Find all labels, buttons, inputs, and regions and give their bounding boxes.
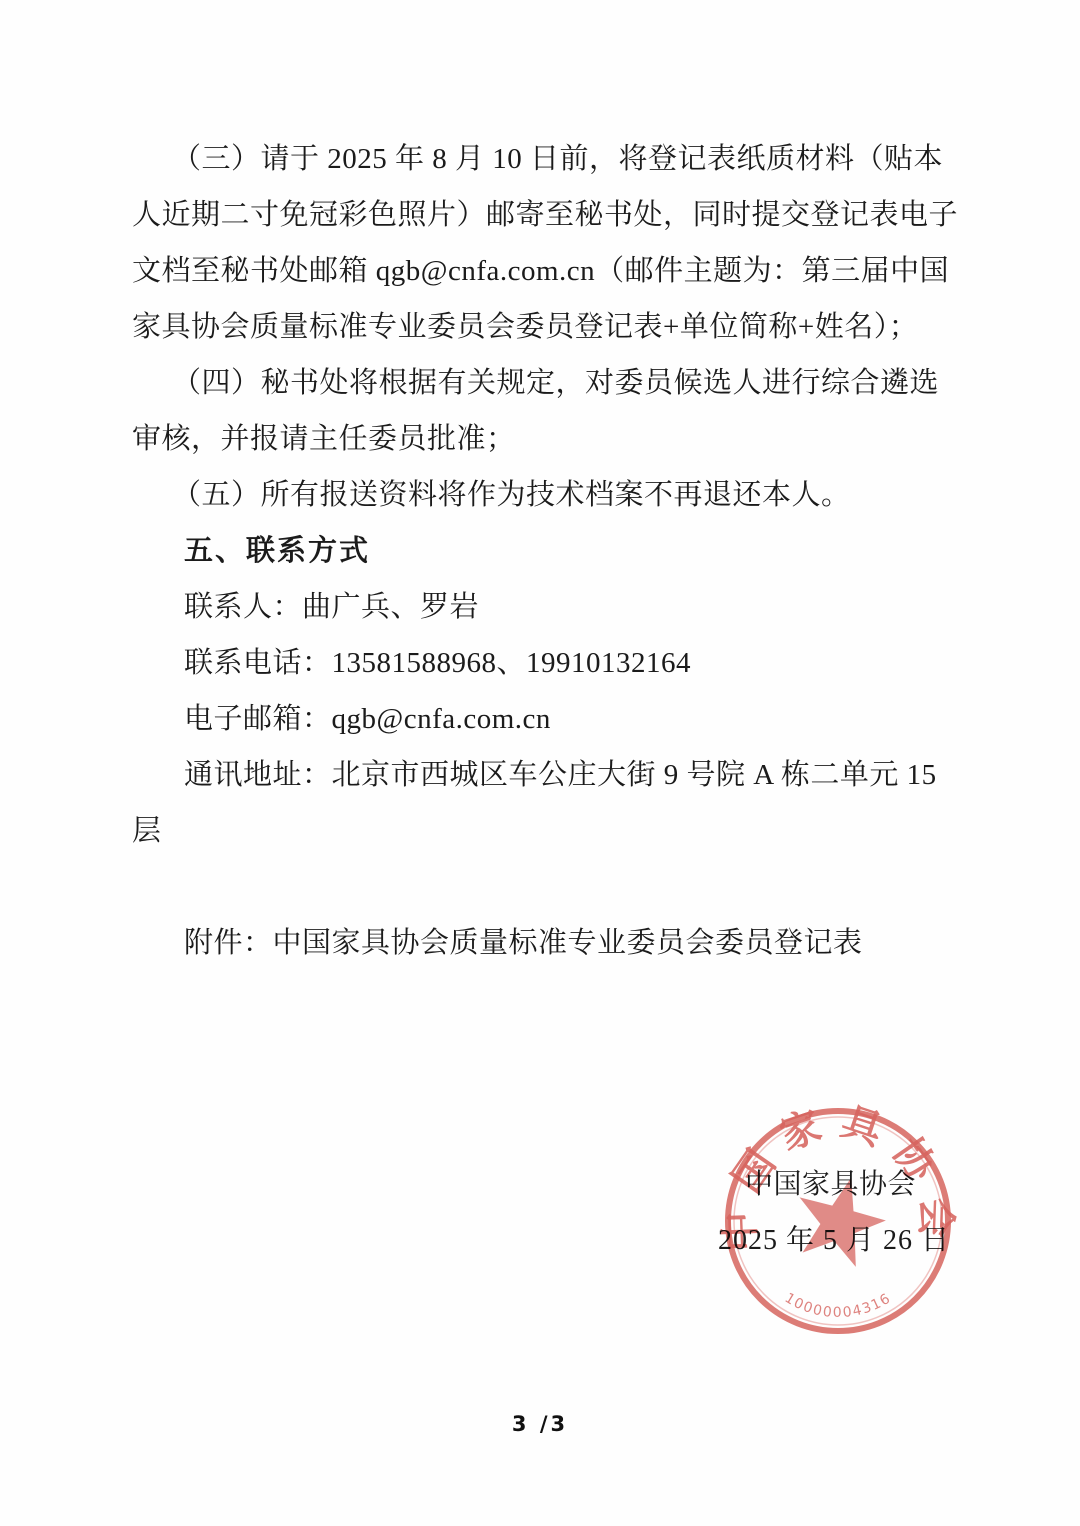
signature-date: 2025 年 5 月 26 日: [718, 1218, 950, 1258]
doc-line: （三）请于 2025 年 8 月 10 日前，将登记表纸质材料（贴本: [132, 131, 972, 187]
doc-line: 审核，并报请主任委员批准；: [132, 411, 972, 467]
doc-line: 文档至秘书处邮箱 qgb@cnfa.com.cn（邮件主题为：第三届中国: [132, 243, 972, 299]
doc-line: 家具协会质量标准专业委员会委员登记表+单位简称+姓名）；: [132, 299, 972, 355]
page-number: 3 /3: [0, 1412, 1080, 1436]
contact-address-line: 通讯地址：北京市西城区车公庄大街 9 号院 A 栋二单元 15: [132, 747, 972, 803]
doc-line: 人近期二寸免冠彩色照片）邮寄至秘书处，同时提交登记表电子: [132, 187, 972, 243]
document-page: （三）请于 2025 年 8 月 10 日前，将登记表纸质材料（贴本 人近期二寸…: [0, 0, 1080, 1526]
doc-line: （四）秘书处将根据有关规定，对委员候选人进行综合遴选: [132, 355, 972, 411]
attachment-line: 附件：中国家具协会质量标准专业委员会委员登记表: [132, 915, 972, 971]
blank-line: [132, 859, 972, 915]
contact-phone-line: 联系电话：13581588968、19910132164: [132, 635, 972, 691]
document-body: （三）请于 2025 年 8 月 10 日前，将登记表纸质材料（贴本 人近期二寸…: [132, 131, 972, 971]
signature-organization: 中国家具协会: [745, 1162, 916, 1202]
section-heading-contact: 五、联系方式: [132, 523, 972, 579]
contact-person-line: 联系人：曲广兵、罗岩: [132, 579, 972, 635]
contact-address-line-2: 层: [132, 803, 972, 859]
doc-line: （五）所有报送资料将作为技术档案不再退还本人。: [132, 467, 972, 523]
contact-email-line: 电子邮箱：qgb@cnfa.com.cn: [132, 691, 972, 747]
